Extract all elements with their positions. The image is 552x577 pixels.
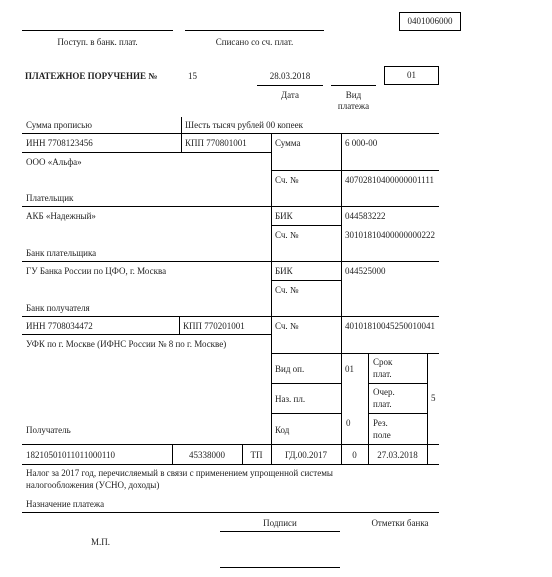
stamp-label: М.П. <box>91 537 110 548</box>
grid-line <box>271 413 341 414</box>
payer-bank-account-label: Сч. № <box>275 230 299 241</box>
reserve-label-1: Рез. <box>373 418 388 429</box>
grid-line <box>22 334 271 335</box>
payer-kpp: КПП 770801001 <box>185 138 247 149</box>
reserve-label-2: поле <box>373 430 391 441</box>
kbk: 18210501011011000110 <box>26 450 115 461</box>
status-code: 01 <box>407 70 416 80</box>
oktmo: 45338000 <box>172 450 242 461</box>
document-title: ПЛАТЕЖНОЕ ПОРУЧЕНИЕ № <box>25 71 157 82</box>
tax-doc-number: 0 <box>341 450 368 461</box>
amount-words-value: Шесть тысяч рублей 00 копеек <box>185 120 303 131</box>
grid-line <box>22 133 439 134</box>
form-code-box: 0401006000 <box>399 12 461 31</box>
payer-label: Плательщик <box>26 193 73 204</box>
form-code: 0401006000 <box>408 16 453 26</box>
grid-line <box>22 316 439 317</box>
payee-bank-name: ГУ Банка России по ЦФО, г. Москва <box>26 266 166 277</box>
payer-bank-account: 30101810400000000222 <box>345 230 435 241</box>
grid-line <box>271 383 341 384</box>
payer-bank-label: Банк плательщика <box>26 248 96 259</box>
tax-basis: ТП <box>242 450 271 461</box>
date-label: Дата <box>257 90 323 101</box>
payer-account-label: Сч. № <box>275 175 299 186</box>
grid-line <box>22 206 439 207</box>
code-label: Код <box>275 425 289 436</box>
grid-line <box>22 464 439 465</box>
purpose-code-label: Наз. пл. <box>275 394 305 405</box>
purpose-line-2: налогообложения (УСНО, доходы) <box>26 480 159 491</box>
grid-line <box>341 133 342 464</box>
amount-label: Сумма <box>275 138 300 149</box>
grid-line <box>22 444 439 445</box>
priority-value: 5 <box>431 393 436 404</box>
payee-account: 40101810045250010041 <box>345 321 435 332</box>
payment-type-label-2: платежа <box>331 101 376 112</box>
payee-inn: ИНН 7708034472 <box>26 321 93 332</box>
grid-line <box>427 353 428 464</box>
debited-line <box>185 30 324 31</box>
payee-kpp: КПП 770201001 <box>183 321 245 332</box>
document-number: 15 <box>188 71 197 82</box>
due-label-1: Срок <box>373 357 392 368</box>
tax-doc-date: 27.03.2018 <box>368 450 427 461</box>
grid-line <box>22 512 439 513</box>
payer-name: ООО «Альфа» <box>26 157 82 168</box>
purpose-line-1: Налог за 2017 год, перечисляемый в связи… <box>26 468 333 479</box>
payee-bank-bik-label: БИК <box>275 266 293 277</box>
payee-account-label: Сч. № <box>275 321 299 332</box>
grid-line <box>271 280 341 281</box>
payment-type-line <box>331 85 376 86</box>
debited-label: Списано со сч. плат. <box>185 37 324 48</box>
bank-marks-label: Отметки банка <box>355 518 445 529</box>
grid-line <box>22 261 439 262</box>
op-type-label: Вид оп. <box>275 364 304 375</box>
priority-label-2: плат. <box>373 399 392 410</box>
grid-line <box>181 117 182 152</box>
document-date: 28.03.2018 <box>257 71 323 82</box>
signature-line-2 <box>220 567 340 568</box>
payer-inn: ИНН 7708123456 <box>26 138 93 149</box>
code-value: 0 <box>346 418 351 429</box>
op-type-value: 01 <box>345 364 354 375</box>
payer-bank-name: АКБ «Надежный» <box>26 211 96 222</box>
due-label-2: плат. <box>373 369 392 380</box>
grid-line <box>368 413 427 414</box>
signature-line-1 <box>220 531 340 532</box>
payer-bank-bik: 044583222 <box>345 211 386 222</box>
purpose-label: Назначение платежа <box>26 499 104 510</box>
status-code-box: 01 <box>384 66 439 85</box>
received-line <box>22 30 173 31</box>
priority-label-1: Очер. <box>373 387 395 398</box>
grid-line <box>271 225 341 226</box>
payee-label: Получатель <box>26 425 71 436</box>
payee-bank-label: Банк получателя <box>26 303 90 314</box>
grid-line <box>271 353 439 354</box>
date-line <box>257 85 323 86</box>
signatures-label: Подписи <box>220 518 340 529</box>
payee-bank-account-label: Сч. № <box>275 285 299 296</box>
amount-value: 6 000-00 <box>345 138 377 149</box>
grid-line <box>179 316 180 334</box>
payee-bank-bik: 044525000 <box>345 266 386 277</box>
grid-line <box>368 383 427 384</box>
grid-line <box>22 152 271 153</box>
grid-line <box>368 353 369 464</box>
payer-bank-bik-label: БИК <box>275 211 293 222</box>
payment-type-label-1: Вид <box>331 90 376 101</box>
tax-period: ГД.00.2017 <box>271 450 341 461</box>
payee-name: УФК по г. Москве (ИФНС России № 8 по г. … <box>26 339 226 350</box>
payer-account: 40702810400000001111 <box>345 175 434 186</box>
grid-line <box>271 133 272 464</box>
received-label: Поступ. в банк. плат. <box>22 37 173 48</box>
amount-words-label: Сумма прописью <box>26 120 92 131</box>
grid-line <box>271 170 439 171</box>
